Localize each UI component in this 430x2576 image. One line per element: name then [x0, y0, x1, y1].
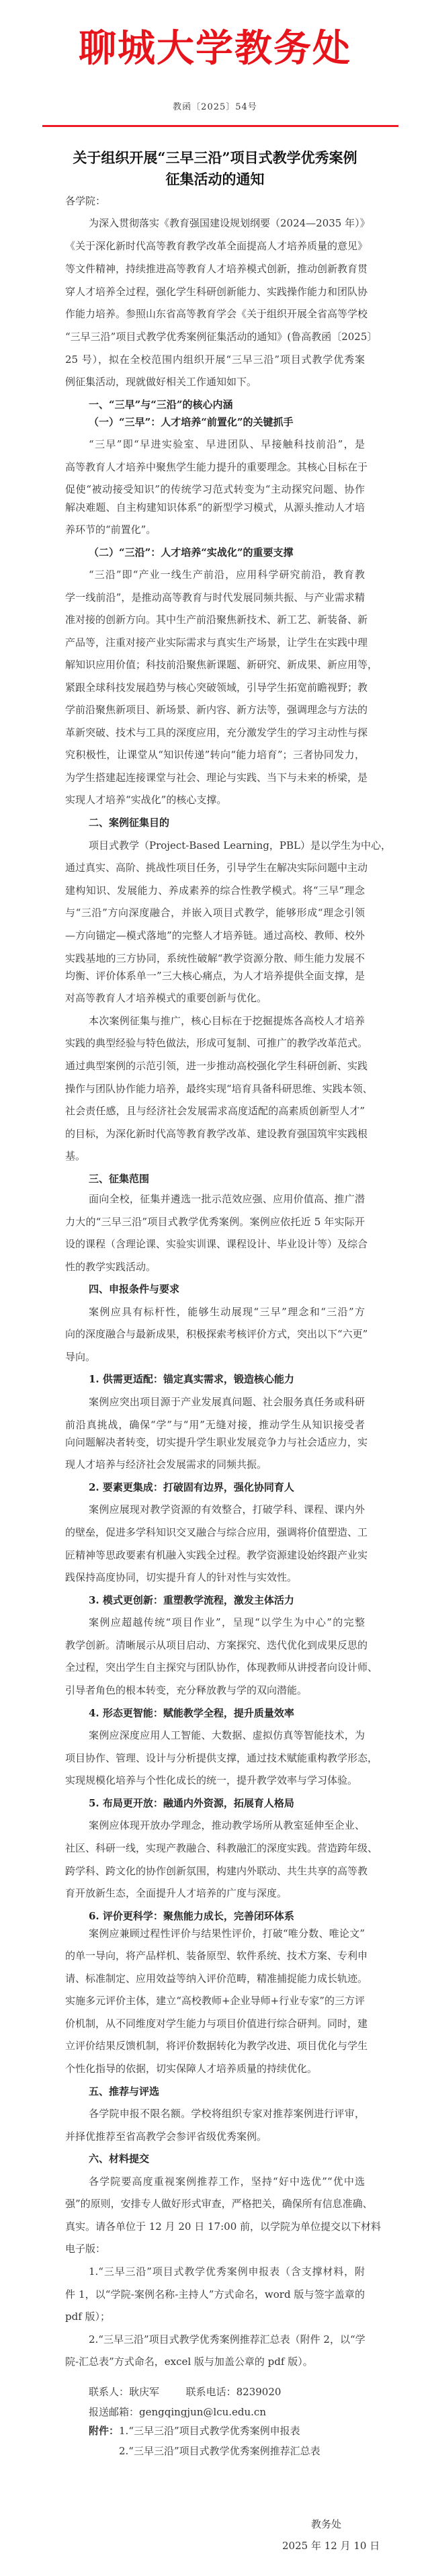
- body-text-line: 案例应超越传统“项目作业”，呈现“以学生为中心”的完整: [89, 1616, 365, 1629]
- section-heading: （二）“三沿”：人才培养“实战化”的重要支撑: [89, 546, 365, 559]
- body-text-line: 案例应兼顾过程性评价与结果性评价，打破“唯分数、唯论文”: [89, 1927, 365, 1940]
- contact-person: 联系人：耿庆军 联系电话：8239020: [89, 2384, 281, 2399]
- body-text-line: 穿人才培养全过程，强化学生科研创新能力、实践操作能力和团队协: [65, 285, 365, 298]
- body-text-line: 促使“被动接受知识”的传统学习范式转变为“主动探究问题、协作: [65, 483, 365, 496]
- body-text-line: 紧跟全球科技发展趋势与核心突破领域，引导学生拓宽前瞻视野；教: [65, 681, 365, 694]
- contact-email: 报送邮箱：gengqingjun@lcu.edu.cn: [89, 2405, 266, 2419]
- document-page: 聊城大学教务处 教函〔2025〕54号 关于组织开展“三早三沿”项目式教学优秀案…: [0, 0, 430, 2576]
- body-text-line: 产品等，注重对接产业实际需求与真实生产场景，让学生在实践中理: [65, 636, 365, 649]
- body-text-line: 各学院要高度重视案例推荐工作，坚持“好中选优”“优中选: [89, 2175, 365, 2188]
- section-heading: 4. 形态更智能：赋能教学全程，提升质量效率: [89, 1706, 365, 1720]
- body-text-line: 解决难题、自主构建知识体系”的新型学习模式，从源头推动人才培: [65, 501, 365, 514]
- body-text-line: 引导者角色的根本转变，充分释放教与学的双向潜能。: [65, 1684, 365, 1697]
- body-text-line: 项目协作、管理、设计与分析提供支撑，通过技术赋能重构教学形态，: [65, 1751, 365, 1765]
- body-text-line: 为学生搭建起连接课堂与社会、理论与实践、当下与未来的桥梁，是: [65, 771, 365, 784]
- attachments: 附件：1.“三早三沿”项目式教学优秀案例申报表: [89, 2423, 300, 2438]
- body-text-line: 真实。请各单位于 12 月 20 日 17:00 前，以学院为单位提交以下材料: [65, 2220, 365, 2233]
- document-number: 教函〔2025〕54号: [0, 99, 430, 112]
- body-text-line: 向问题解决者转变，切实提升学生职业发展竞争力与社会适应力，实: [65, 1436, 365, 1449]
- body-text-line: 操作与团队协作能力培养，最终实现“培育具备科研思维、实践本领、: [65, 1082, 365, 1095]
- body-text-line: 实现人才培养“实战化”的核心支撑。: [65, 793, 365, 806]
- body-text-line: 对高等教育人才培养模式的重要创新与优化。: [65, 991, 365, 1005]
- body-text-line: 均衡、评价体系单一”三大核心痛点，为人才培养提供全面支撑，是: [65, 969, 365, 983]
- body-text-line: 建构知识、发展能力、养成素养的综合性教学模式。将“三早”理念: [65, 884, 365, 897]
- body-text-line: 《关于深化新时代高等教育教学改革全面提高人才培养质量的意见》: [65, 239, 365, 253]
- body-text-line: 的单一导向，将产品样机、装备原型、软件系统、技术方案、专利申: [65, 1949, 365, 1962]
- contact-person-name: 耿庆军: [129, 2386, 159, 2398]
- section-heading: 六、材料提交: [89, 2152, 365, 2165]
- body-text-line: 案例应具有标杆性，能够生动展现“三早”理念和“三沿”方: [89, 1305, 365, 1319]
- body-text-line: 力大的“三早三沿”项目式教学优秀案例。案例应依托近 5 年实际开: [65, 1215, 365, 1229]
- body-text-line: 实践基地的三方协同，系统性破解“教学资源分散、师生能力发展不: [65, 952, 365, 965]
- body-text-line: 实施多元评价主体，建立“高校教师+企业导师+行业专家”的三方评: [65, 1994, 365, 2007]
- body-text-line: 个性化指导的依据，切实保障人才培养质量的持续优化。: [65, 2062, 365, 2075]
- body-text-line: 性的教学实践活动。: [65, 1260, 365, 1274]
- body-text-line: 请、标准制定、应用效益等纳入评价范畴，精准捕捉能力成长轨迹。: [65, 1972, 365, 1985]
- signature-date: 2025 年 12 月 10 日: [282, 2538, 380, 2552]
- body-text-line: 为深入贯彻落实《教育强国建设规划纲要（2024—2035 年）》: [89, 216, 365, 230]
- body-text-line: 解知识应用价值；科技前沿聚焦新课题、新研究、新成果、新应用等，: [65, 658, 365, 671]
- body-text-line: 立评价结果反馈机制，将评价数据转化为教学改进、项目优化与学生: [65, 2039, 365, 2052]
- body-text-line: 案例应突出项目源于产业发展真问题、社会服务真任务或科研: [89, 1395, 365, 1409]
- section-heading: 五、推荐与评选: [89, 2085, 365, 2098]
- body-text-line: “三早”即“早进实验室、早进团队、早接触科技前沿”，是: [89, 438, 365, 451]
- section-heading: 5. 布局更开放：融通内外资源，拓展育人格局: [89, 1796, 365, 1810]
- section-heading: 6. 评价更科学：聚焦能力成长，完善闭环体系: [89, 1909, 365, 1923]
- attachment-item-2: 2.“三早三沿”项目式教学优秀案例推荐汇总表: [119, 2444, 320, 2458]
- body-text-line: 项目式教学（Project-Based Learning，PBL）是以学生为中心…: [89, 839, 365, 852]
- body-text-line: 与“三沿”方向深度融合，并嵌入项目式教学，能够形成“理念引领: [65, 906, 365, 919]
- body-text-line: 育开放新生态，全面提升人才培养的广度与深度。: [65, 1886, 365, 1900]
- body-text-line: 25 号），拟在全校范围内组织开展“三早三沿”项目式教学优秀案: [65, 353, 365, 366]
- body-text-line: 本次案例征集与推广，核心目标在于挖掘提炼各高校人才培养: [89, 1014, 365, 1028]
- red-rule-divider: [42, 125, 398, 127]
- body-text-line: 价机制，从不同维度对学生能力与项目价值进行综合研判。同时，建: [65, 2017, 365, 2030]
- body-text-line: 基。: [65, 1149, 365, 1163]
- notice-title-line-2: 征集活动的通知: [0, 169, 430, 189]
- body-text-line: 并择优推荐至省高教学会参评省级优秀案例。: [65, 2130, 365, 2143]
- body-text-line: 准对接的创新方向。其中生产前沿聚焦新技术、新工艺、新装备、新: [65, 613, 365, 626]
- body-text-line: 革新突破、技术与工具的深度应用，充分激发学生的学习主动性与探: [65, 726, 365, 739]
- signature-office: 教务处: [311, 2517, 341, 2531]
- body-text-line: 社区、科研一线，实现产教融合、科教融汇的深度实践。营造跨年级、: [65, 1841, 365, 1855]
- attachments-label: 附件：: [89, 2425, 119, 2437]
- body-text-line: “三早三沿”项目式教学优秀案例征集活动的通知》(鲁高教函〔2025〕: [65, 330, 365, 343]
- body-text-line: 件 1，以“学院-案例名称-主持人”方式命名，word 版与签字盖章的: [65, 2288, 365, 2301]
- body-text-line: 究积极性，让课堂从“知识传递”转向“能力培育”；三者协同发力，: [65, 748, 365, 761]
- body-text-line: 学前沿聚焦新项目、新场景、新内容、新方法等，强调理念与方法的: [65, 703, 365, 716]
- body-text-line: 案例应展现对教学资源的有效整合，打破学科、课程、课内外: [89, 1503, 365, 1516]
- body-text-line: 匠精神等思政要素有机融入实践全过程。教学资源建设始终跟产业实: [65, 1548, 365, 1562]
- body-text-line: 通过真实、高阶、挑战性项目任务，引导学生在解决实际问题中主动: [65, 861, 365, 874]
- body-text-line: 案例应深度应用人工智能、大数据、虚拟仿真等智能技术，为: [89, 1729, 365, 1742]
- body-text-line: 面向全校，征集并遴选一批示范效应强、应用价值高、推广潜: [89, 1192, 365, 1206]
- section-heading: 四、申报条件与要求: [89, 1282, 365, 1296]
- body-text-line: 实现规模化培养与个性化成长的统一，提升教学效率与学习体验。: [65, 1774, 365, 1787]
- body-text-line: “三沿”即“产业一线生产前沿，应用科学研究前沿，教育教: [89, 568, 365, 581]
- body-text-line: 各学院申报不限名额。学校将组织专家对推荐案例进行评审，: [89, 2107, 365, 2120]
- body-text-line: 院-汇总表”方式命名，excel 版与加盖公章的 pdf 版）。: [65, 2355, 365, 2368]
- body-text-line: 作能力培养。参照山东省高等教育学会《关于组织开展全省高等学校: [65, 307, 365, 321]
- body-text-line: 高等教育人才培养中聚焦学生能力提升的重要理念。其核心目标在于: [65, 460, 365, 474]
- section-heading: 二、案例征集目的: [89, 816, 365, 829]
- body-text-line: 向的深度融合与最新成果，积极探索考核评价方式，突出以下“六更”: [65, 1327, 365, 1341]
- body-text-line: 现人才培养与经济社会发展需求的同频共振。: [65, 1458, 365, 1471]
- body-text-line: 强”的原则，安排专人做好形式审查，严格把关，确保所有信息准确、: [65, 2197, 365, 2210]
- body-text-line: 养环节的“前置化”。: [65, 523, 365, 536]
- issuer-masthead: 聊城大学教务处: [0, 26, 430, 73]
- section-heading: 一、“三早”与“三沿”的核心内涵: [89, 398, 365, 411]
- attachment-item-1: 1.“三早三沿”项目式教学优秀案例申报表: [119, 2425, 300, 2437]
- contact-phone: 8239020: [236, 2386, 282, 2398]
- section-heading: 1. 供需更适配：锚定真实需求，锻造核心能力: [89, 1372, 365, 1386]
- body-text-line: 各学院：: [65, 194, 365, 208]
- body-text-line: 电子版：: [65, 2242, 365, 2255]
- body-text-line: 前沿真挑战，确保“学”与“用”无缝对接，推动学生从知识接受者: [65, 1418, 365, 1431]
- body-text-line: 的目标，为深化新时代高等教育教学改革、建设教育强国筑牢实践根: [65, 1127, 365, 1140]
- body-text-line: 例征集活动，现就做好相关工作通知如下。: [65, 375, 365, 388]
- body-text-line: 设的课程（含理论课、实验实训课、课程设计、毕业设计等）及综合: [65, 1237, 365, 1251]
- section-heading: 3. 模式更创新：重塑教学流程，激发主体活力: [89, 1593, 365, 1607]
- section-heading: 三、征集范围: [89, 1172, 365, 1186]
- notice-title-line-1: 关于组织开展“三早三沿”项目式教学优秀案例: [0, 147, 430, 167]
- section-heading: 2. 要素更集成：打破固有边界，强化协同育人: [89, 1481, 365, 1494]
- body-text-line: 导向。: [65, 1350, 365, 1364]
- body-text-line: pdf 版）；: [65, 2310, 365, 2323]
- body-text-line: 践保持高度协同，切实提升育人的针对性与实效性。: [65, 1571, 365, 1584]
- body-text-line: 1.“三早三沿”项目式教学优秀案例申报表（含支撑材料，附: [89, 2265, 365, 2278]
- body-text-line: 全过程，突出学生自主探究与团队协作，体现教师从讲授者向设计师、: [65, 1661, 365, 1674]
- body-text-line: 2.“三早三沿”项目式教学优秀案例推荐汇总表（附件 2，以“学: [89, 2333, 365, 2346]
- body-text-line: 的壁垒，促进多学科知识交叉融合与综合应用，强调将价值塑造、工: [65, 1526, 365, 1539]
- contact-email-label: 报送邮箱：: [89, 2406, 139, 2418]
- body-text-line: 实践的典型经验与特色做法，形成可复制、可推广的教学改革范式。: [65, 1036, 365, 1050]
- section-heading: （一）“三早”：人才培养“前置化”的关键抓手: [89, 415, 365, 429]
- contact-person-label: 联系人：: [89, 2386, 129, 2398]
- body-text-line: 案例应体现开放办学理念，推动教学场所从教室延伸至企业、: [89, 1819, 365, 1832]
- contact-email-link[interactable]: gengqingjun@lcu.edu.cn: [139, 2406, 266, 2418]
- body-text-line: 通过典型案例的示范引领，进一步推动高校强化学生科研创新、实践: [65, 1059, 365, 1073]
- contact-phone-label: 联系电话：: [186, 2386, 236, 2398]
- body-text-line: 等文件精神，持续推进高等教育人才培养模式创新，推动创新教育贯: [65, 262, 365, 276]
- body-text-line: 学一线前沿”，是推动高等教育与时代发展同频共振、与产业需求精: [65, 591, 365, 604]
- body-text-line: 教学创新。清晰展示从项目启动、方案探究、迭代优化到成果反思的: [65, 1638, 365, 1652]
- body-text-line: —方向锚定—模式落地”的完整人才培养链。通过高校、教师、校外: [65, 929, 365, 942]
- body-text-line: 跨学科、跨文化的协作创新氛围，构建内外联动、共生共享的高等教: [65, 1864, 365, 1878]
- body-text-line: 社会责任感，且与经济社会发展需求高度适配的高素质创新型人才”: [65, 1104, 365, 1118]
